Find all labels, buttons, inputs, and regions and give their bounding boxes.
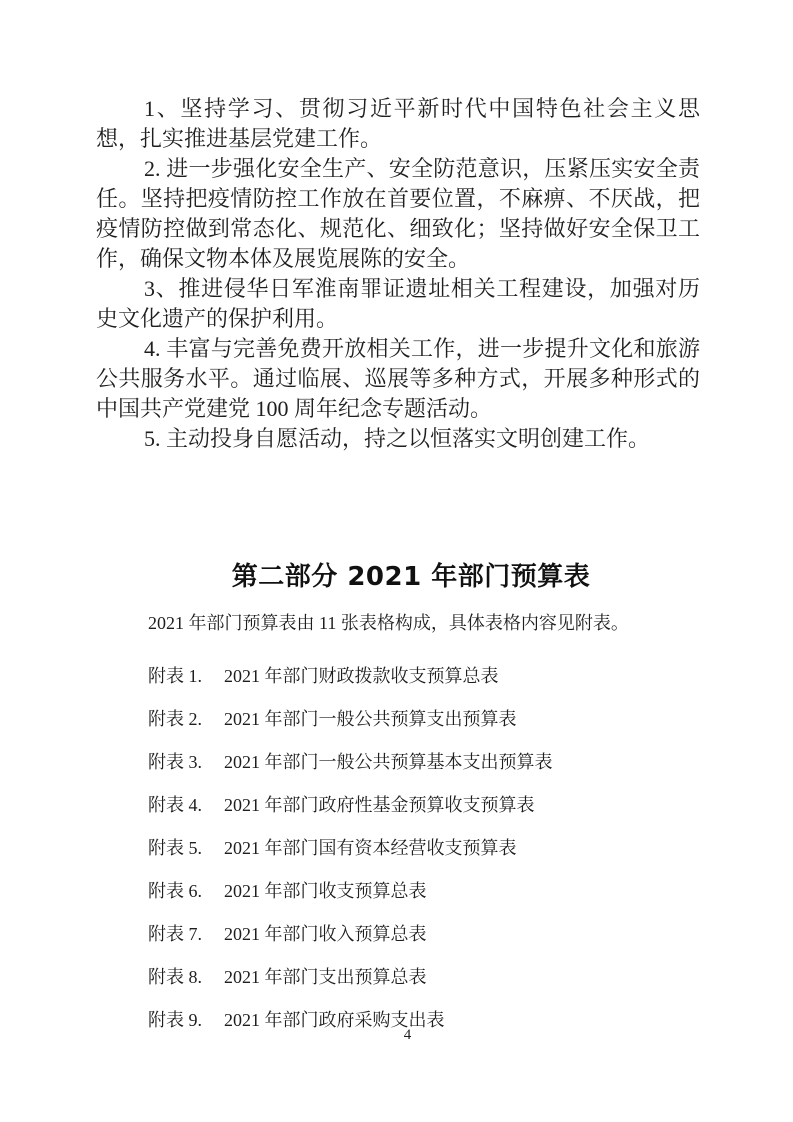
appendix-item-7: 附表 7.2021 年部门收入预算总表 [148, 919, 700, 949]
appendix-item-title: 2021 年部门政府性基金预算收支预算表 [224, 795, 535, 815]
appendix-item-8: 附表 8.2021 年部门支出预算总表 [148, 962, 700, 992]
appendix-item-label: 附表 6. [148, 881, 202, 901]
appendix-item-title: 2021 年部门国有资本经营收支预算表 [224, 838, 517, 858]
section-intro: 2021 年部门预算表由 11 张表格构成，具体表格内容见附表。 [96, 608, 700, 638]
paragraph-5: 5. 主动投身自愿活动，持之以恒落实文明创建工作。 [96, 424, 700, 454]
appendix-item-2: 附表 2.2021 年部门一般公共预算支出预算表 [148, 704, 700, 734]
appendix-item-label: 附表 1. [148, 666, 202, 686]
document-content: 1、坚持学习、贯彻习近平新时代中国特色社会主义思想，扎实推进基层党建工作。 2.… [96, 94, 700, 1048]
body-paragraphs: 1、坚持学习、贯彻习近平新时代中国特色社会主义思想，扎实推进基层党建工作。 2.… [96, 94, 700, 454]
appendix-item-title: 2021 年部门一般公共预算基本支出预算表 [224, 752, 553, 772]
document-page: 1、坚持学习、贯彻习近平新时代中国特色社会主义思想，扎实推进基层党建工作。 2.… [0, 0, 793, 1122]
paragraph-4: 4. 丰富与完善免费开放相关工作，进一步提升文化和旅游公共服务水平。通过临展、巡… [96, 334, 700, 424]
page-number: 4 [0, 1026, 793, 1044]
appendix-item-label: 附表 4. [148, 795, 202, 815]
section-title: 第二部分 2021 年部门预算表 [96, 557, 700, 597]
appendix-item-title: 2021 年部门财政拨款收支预算总表 [224, 666, 499, 686]
appendix-item-1: 附表 1.2021 年部门财政拨款收支预算总表 [148, 661, 700, 691]
paragraph-3: 3、推进侵华日军淮南罪证遗址相关工程建设，加强对历史文化遗产的保护利用。 [96, 274, 700, 334]
appendix-item-label: 附表 5. [148, 838, 202, 858]
appendix-table-list: 附表 1.2021 年部门财政拨款收支预算总表 附表 2.2021 年部门一般公… [96, 661, 700, 1035]
appendix-item-title: 2021 年部门收支预算总表 [224, 881, 427, 901]
appendix-item-4: 附表 4.2021 年部门政府性基金预算收支预算表 [148, 790, 700, 820]
paragraph-1: 1、坚持学习、贯彻习近平新时代中国特色社会主义思想，扎实推进基层党建工作。 [96, 94, 700, 154]
appendix-item-title: 2021 年部门收入预算总表 [224, 924, 427, 944]
appendix-item-label: 附表 2. [148, 709, 202, 729]
appendix-item-title: 2021 年部门一般公共预算支出预算表 [224, 709, 517, 729]
appendix-item-6: 附表 6.2021 年部门收支预算总表 [148, 876, 700, 906]
appendix-item-label: 附表 7. [148, 924, 202, 944]
appendix-item-title: 2021 年部门支出预算总表 [224, 967, 427, 987]
paragraph-2: 2. 进一步强化安全生产、安全防范意识，压紧压实安全责任。坚持把疫情防控工作放在… [96, 154, 700, 274]
appendix-item-label: 附表 3. [148, 752, 202, 772]
appendix-item-5: 附表 5.2021 年部门国有资本经营收支预算表 [148, 833, 700, 863]
appendix-item-3: 附表 3.2021 年部门一般公共预算基本支出预算表 [148, 747, 700, 777]
appendix-item-label: 附表 8. [148, 967, 202, 987]
